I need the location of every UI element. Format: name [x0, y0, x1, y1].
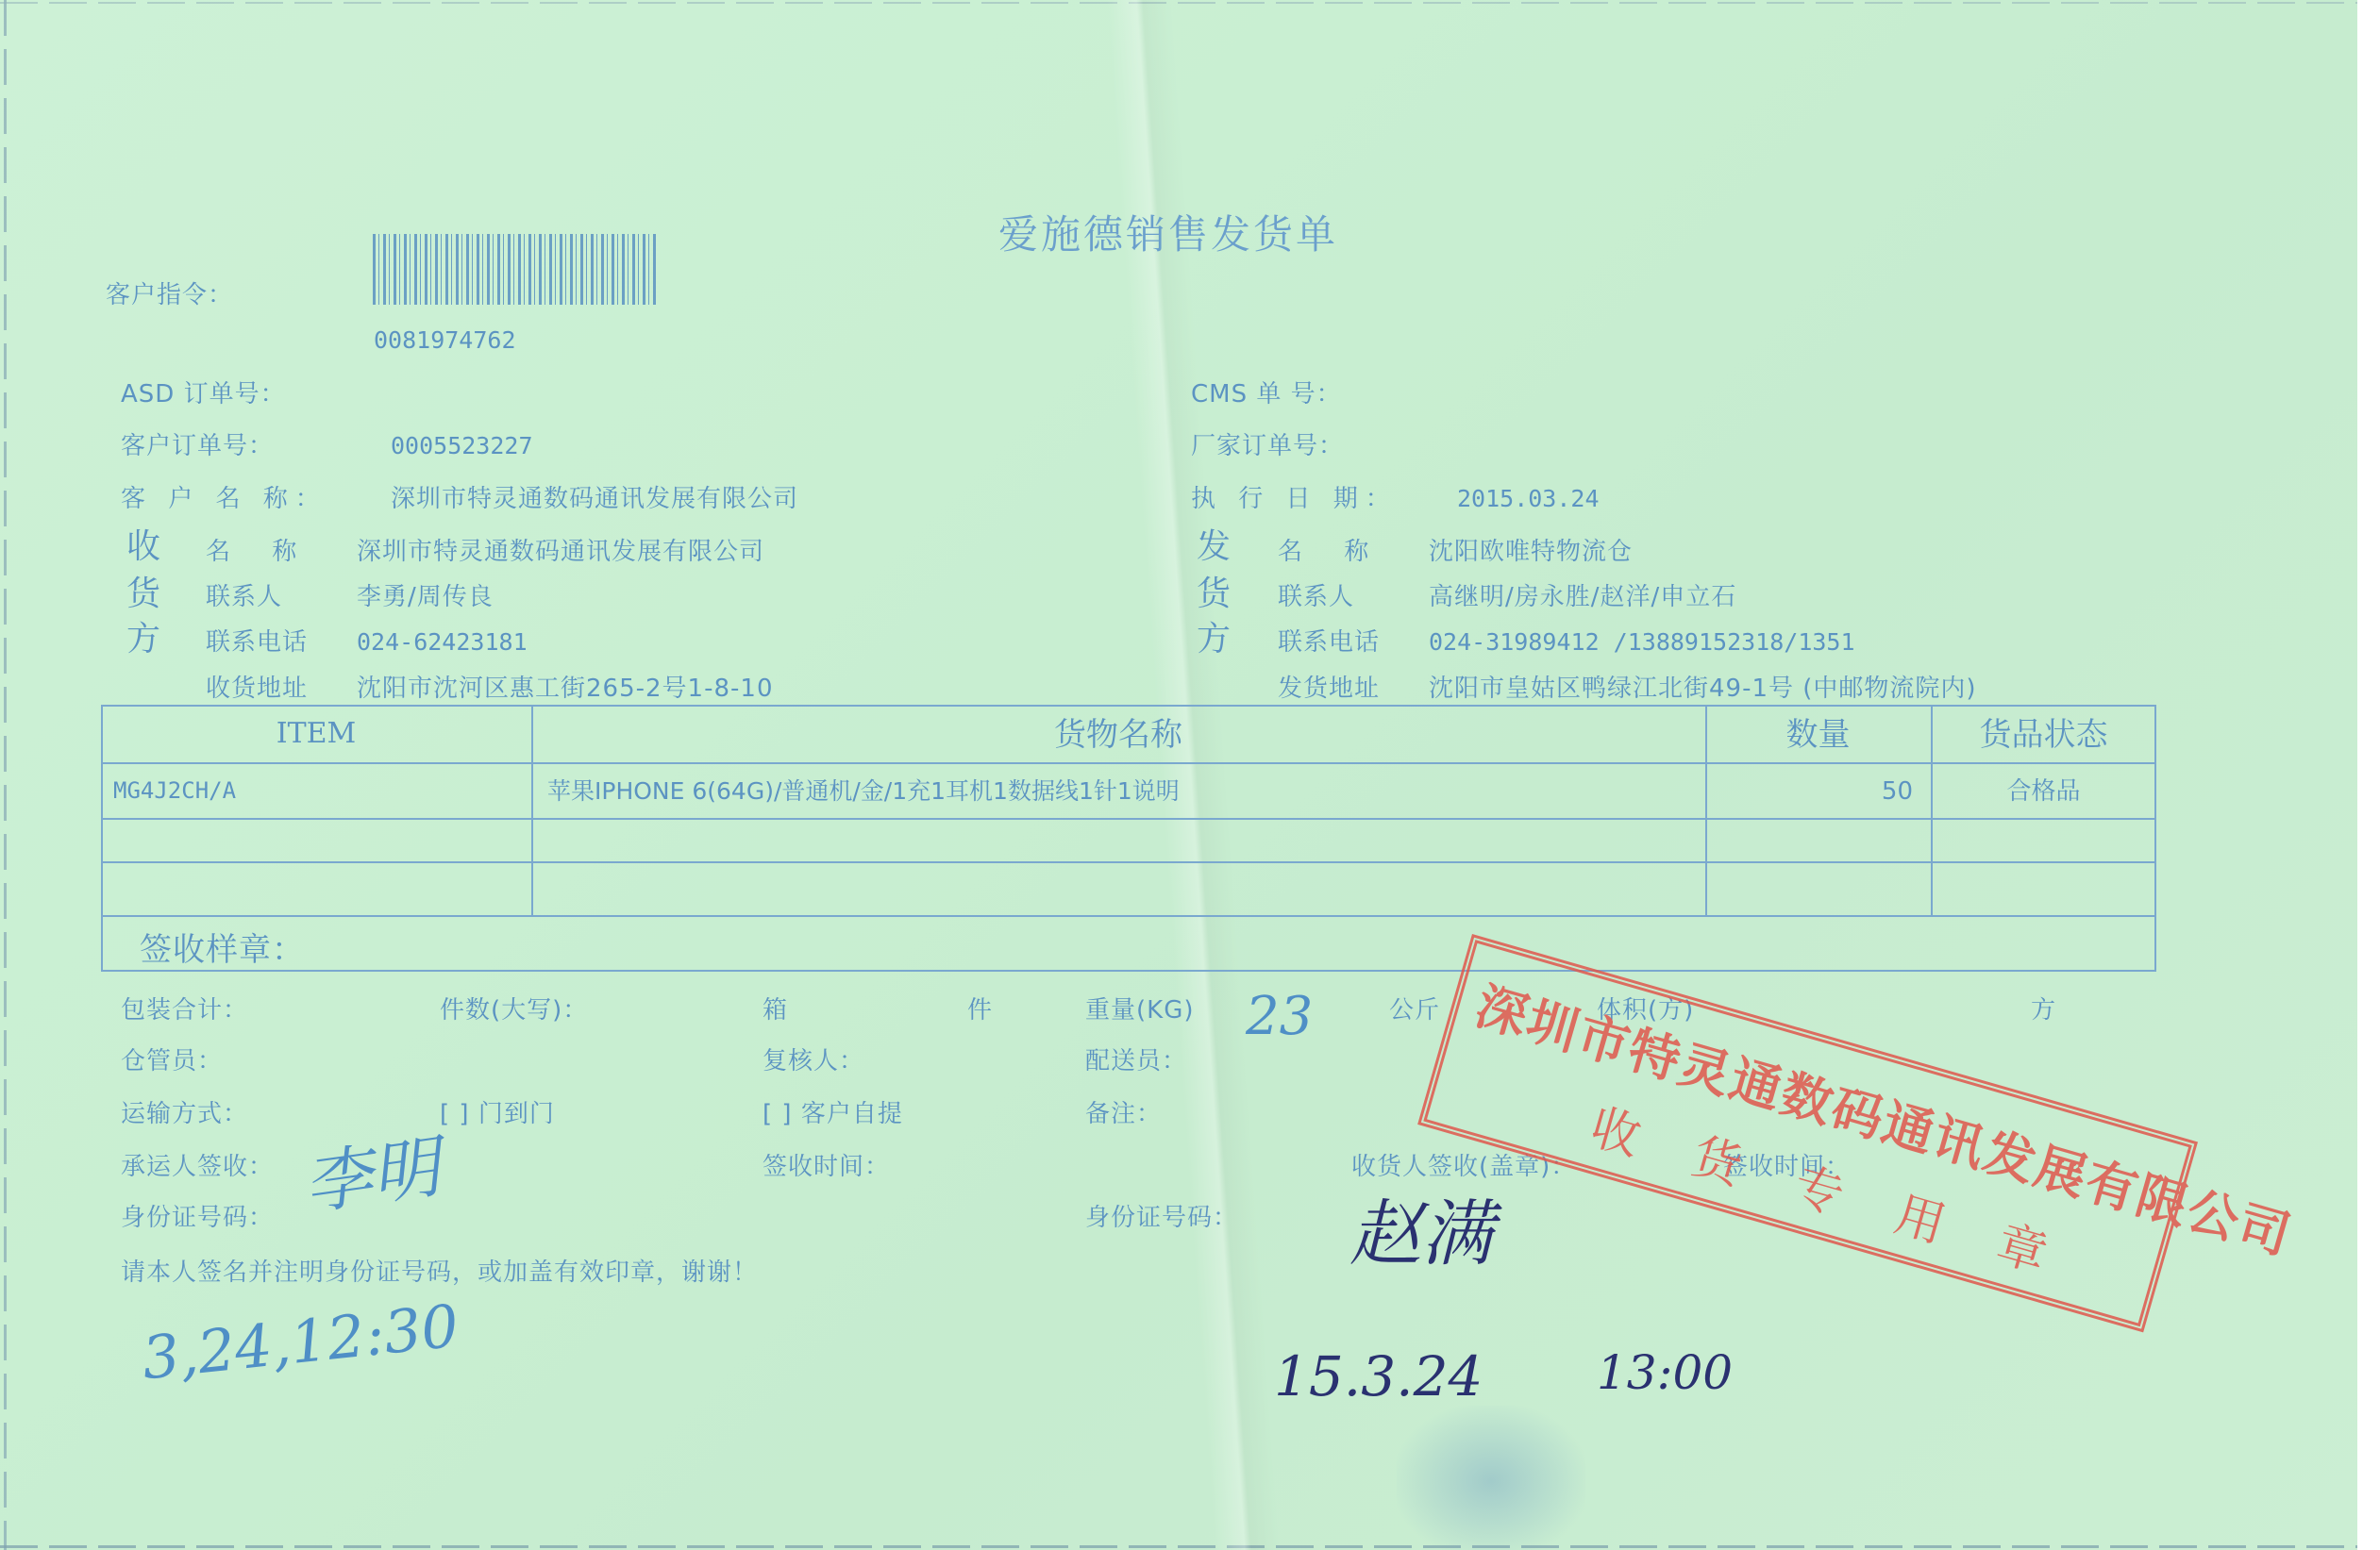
consignee-side-char-3: 方	[126, 623, 161, 657]
notice-text: 请本人签名并注明身份证号码，或加盖有效印章，谢谢！	[121, 1260, 758, 1285]
table-line	[101, 762, 2156, 764]
carrier-signature: 李明	[300, 1132, 444, 1218]
table-header-goods-name: 货物名称	[531, 719, 1705, 751]
shipper-name-label: 名 称	[1278, 540, 1385, 564]
table-line	[101, 818, 2156, 820]
signature-stamp-label: 签收样章：	[140, 934, 305, 966]
carrier-sign-time-label: 签收时间：	[763, 1155, 890, 1179]
exec-date-value: 2015.03.24	[1457, 487, 1600, 510]
shipper-address-label: 发货地址	[1278, 676, 1380, 701]
consignee-name-label: 名 称	[206, 540, 313, 564]
cms-no-label: CMS 单 号：	[1191, 382, 1342, 407]
consignee-date: 15.3.24	[1274, 1349, 1483, 1404]
id-number-label-right: 身份证号码：	[1085, 1206, 1238, 1230]
exec-date-label: 执 行 日 期：	[1191, 487, 1398, 511]
row-goods-name: 苹果IPHONE 6(64G)/普通机/金/1充1耳机1数据线1针1说明	[547, 779, 1180, 803]
perforation-left	[4, 0, 7, 1550]
shipper-phone-label: 联系电话	[1278, 630, 1380, 655]
customer-instruction-label: 客户指令：	[106, 283, 233, 308]
document-title: 爱施德销售发货单	[998, 215, 1338, 255]
perforation-bottom	[0, 1545, 2357, 1548]
consignee-phone-value: 024-62423181	[357, 630, 528, 654]
factory-order-label: 厂家订单号：	[1191, 434, 1344, 458]
table-line	[101, 861, 2156, 863]
shipper-side-char-1: 发	[1197, 530, 1232, 564]
ink-smudge	[1397, 1406, 1585, 1550]
carrier-sign-label: 承运人签收：	[121, 1155, 274, 1179]
consignee-time: 13:00	[1597, 1349, 1733, 1396]
customer-name-label: 客 户 名 称：	[121, 487, 327, 511]
table-header-quantity: 数量	[1705, 719, 1931, 751]
table-header-item: ITEM	[101, 720, 531, 748]
weight-unit: 公斤	[1389, 998, 1440, 1023]
volume-unit: 方	[2031, 998, 2056, 1023]
shipper-side-char-3: 方	[1197, 623, 1232, 657]
consignee-name-value: 深圳市特灵通数码通讯发展有限公司	[357, 540, 764, 564]
consignee-address-value: 沈阳市沈河区惠工街265-2号1-8-10	[357, 676, 773, 701]
customer-order-value: 0005523227	[391, 434, 533, 458]
warehouse-keeper-label: 仓管员：	[121, 1049, 223, 1074]
consignee-phone-label: 联系电话	[206, 630, 308, 655]
company-receipt-stamp: 深圳市特灵通数码通讯发展有限公司 收货专用章	[1417, 934, 2198, 1332]
consignee-address-label: 收货地址	[206, 676, 308, 701]
carrier-datetime: 3,24,12:30	[140, 1297, 461, 1389]
shipper-name-value: 沈阳欧唯特物流仓	[1429, 540, 1633, 564]
shipper-contact-value: 高继明/房永胜/赵洋/申立石	[1429, 585, 1736, 609]
shipper-phone-value: 024-31989412 /13889152318/1351	[1429, 630, 1855, 654]
shipper-side-char-2: 货	[1197, 577, 1232, 611]
row-status: 合格品	[1931, 779, 2156, 804]
customer-name-value: 深圳市特灵通数码通讯发展有限公司	[391, 487, 798, 511]
row-item-code: MG4J2CH/A	[113, 779, 236, 802]
package-total-label: 包装合计：	[121, 998, 248, 1023]
table-header-status: 货品状态	[1931, 719, 2156, 751]
asd-order-label: ASD 订单号：	[121, 382, 286, 407]
reviewer-label: 复核人：	[763, 1049, 864, 1074]
weight-label: 重量(KG)	[1085, 998, 1195, 1023]
consignee-side-char-1: 收	[126, 530, 161, 564]
consignee-contact-label: 联系人	[206, 585, 282, 609]
piece-count-label: 件数(大写)：	[440, 998, 588, 1023]
remark-label: 备注：	[1085, 1102, 1162, 1126]
consignee-side-char-2: 货	[126, 577, 161, 611]
shipper-address-value: 沈阳市皇姑区鸭绿江北街49-1号 (中邮物流院内)	[1429, 676, 1977, 701]
barcode-icon	[373, 234, 659, 305]
dispatcher-label: 配送员：	[1085, 1049, 1187, 1074]
perforation-top	[0, 2, 2357, 4]
customer-instruction-value: 0081974762	[374, 328, 516, 352]
row-quantity: 50	[1705, 779, 1913, 804]
weight-value: 23	[1246, 991, 1313, 1043]
option-door-to-door[interactable]: [ ] 门到门	[440, 1102, 555, 1126]
transport-mode-label: 运输方式：	[121, 1102, 248, 1126]
table-line	[101, 915, 2156, 917]
customer-order-label: 客户订单号：	[121, 434, 274, 458]
shipper-contact-label: 联系人	[1278, 585, 1354, 609]
option-customer-pickup[interactable]: [ ] 客户自提	[763, 1102, 903, 1126]
consignee-contact-value: 李勇/周传良	[357, 585, 494, 609]
piece-label: 件	[967, 998, 993, 1023]
id-number-label-left: 身份证号码：	[121, 1206, 274, 1230]
delivery-note-paper: 爱施德销售发货单 客户指令： 0081974762 ASD 订单号： 客户订单号…	[0, 0, 2357, 1550]
box-label: 箱	[763, 998, 788, 1023]
consignee-signature: 赵满	[1349, 1198, 1493, 1270]
